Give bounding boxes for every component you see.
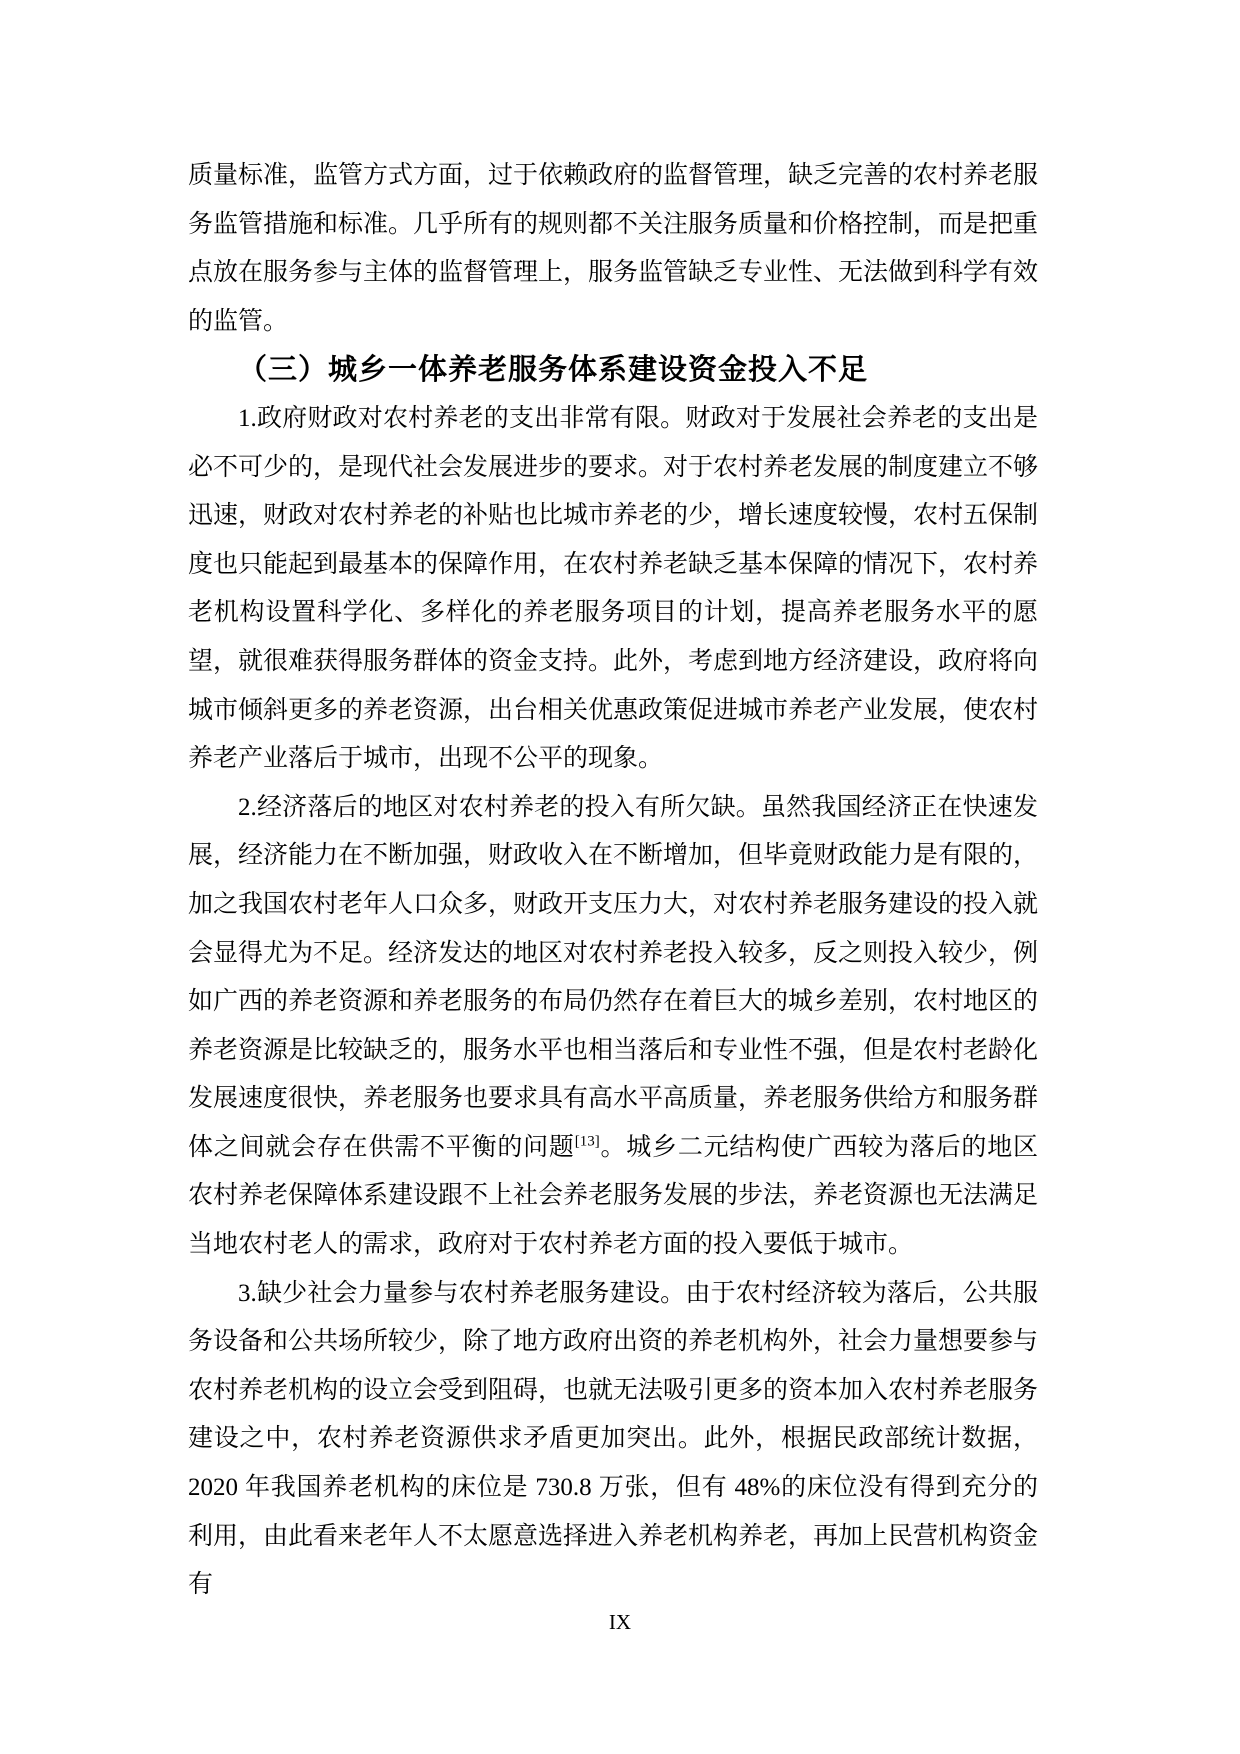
page-content: 质量标准，监管方式方面，过于依赖政府的监督管理，缺乏完善的农村养老服务监管措施和…: [188, 152, 1038, 1610]
section-heading-funding-shortage: （三）城乡一体养老服务体系建设资金投入不足: [188, 346, 1038, 395]
paragraph-1-government-finance: 1.政府财政对农村养老的支出非常有限。财政对于发展社会养老的支出是必不可少的，是…: [188, 395, 1038, 784]
paragraph-3-social-forces: 3.缺少社会力量参与农村养老服务建设。由于农村经济较为落后，公共服务设备和公共场…: [188, 1270, 1038, 1610]
document-page: 质量标准，监管方式方面，过于依赖政府的监督管理，缺乏完善的农村养老服务监管措施和…: [0, 0, 1240, 1754]
paragraph-supervision-continuation: 质量标准，监管方式方面，过于依赖政府的监督管理，缺乏完善的农村养老服务监管措施和…: [188, 152, 1038, 346]
page-number: IX: [0, 1610, 1240, 1634]
paragraph-2-backward-regions: 2.经济落后的地区对农村养老的投入有所欠缺。虽然我国经济正在快速发展，经济能力在…: [188, 784, 1038, 1270]
paragraph-2-text-before-citation: 2.经济落后的地区对农村养老的投入有所欠缺。虽然我国经济正在快速发展，经济能力在…: [188, 794, 1038, 1161]
citation-13: [13]: [575, 1134, 600, 1150]
